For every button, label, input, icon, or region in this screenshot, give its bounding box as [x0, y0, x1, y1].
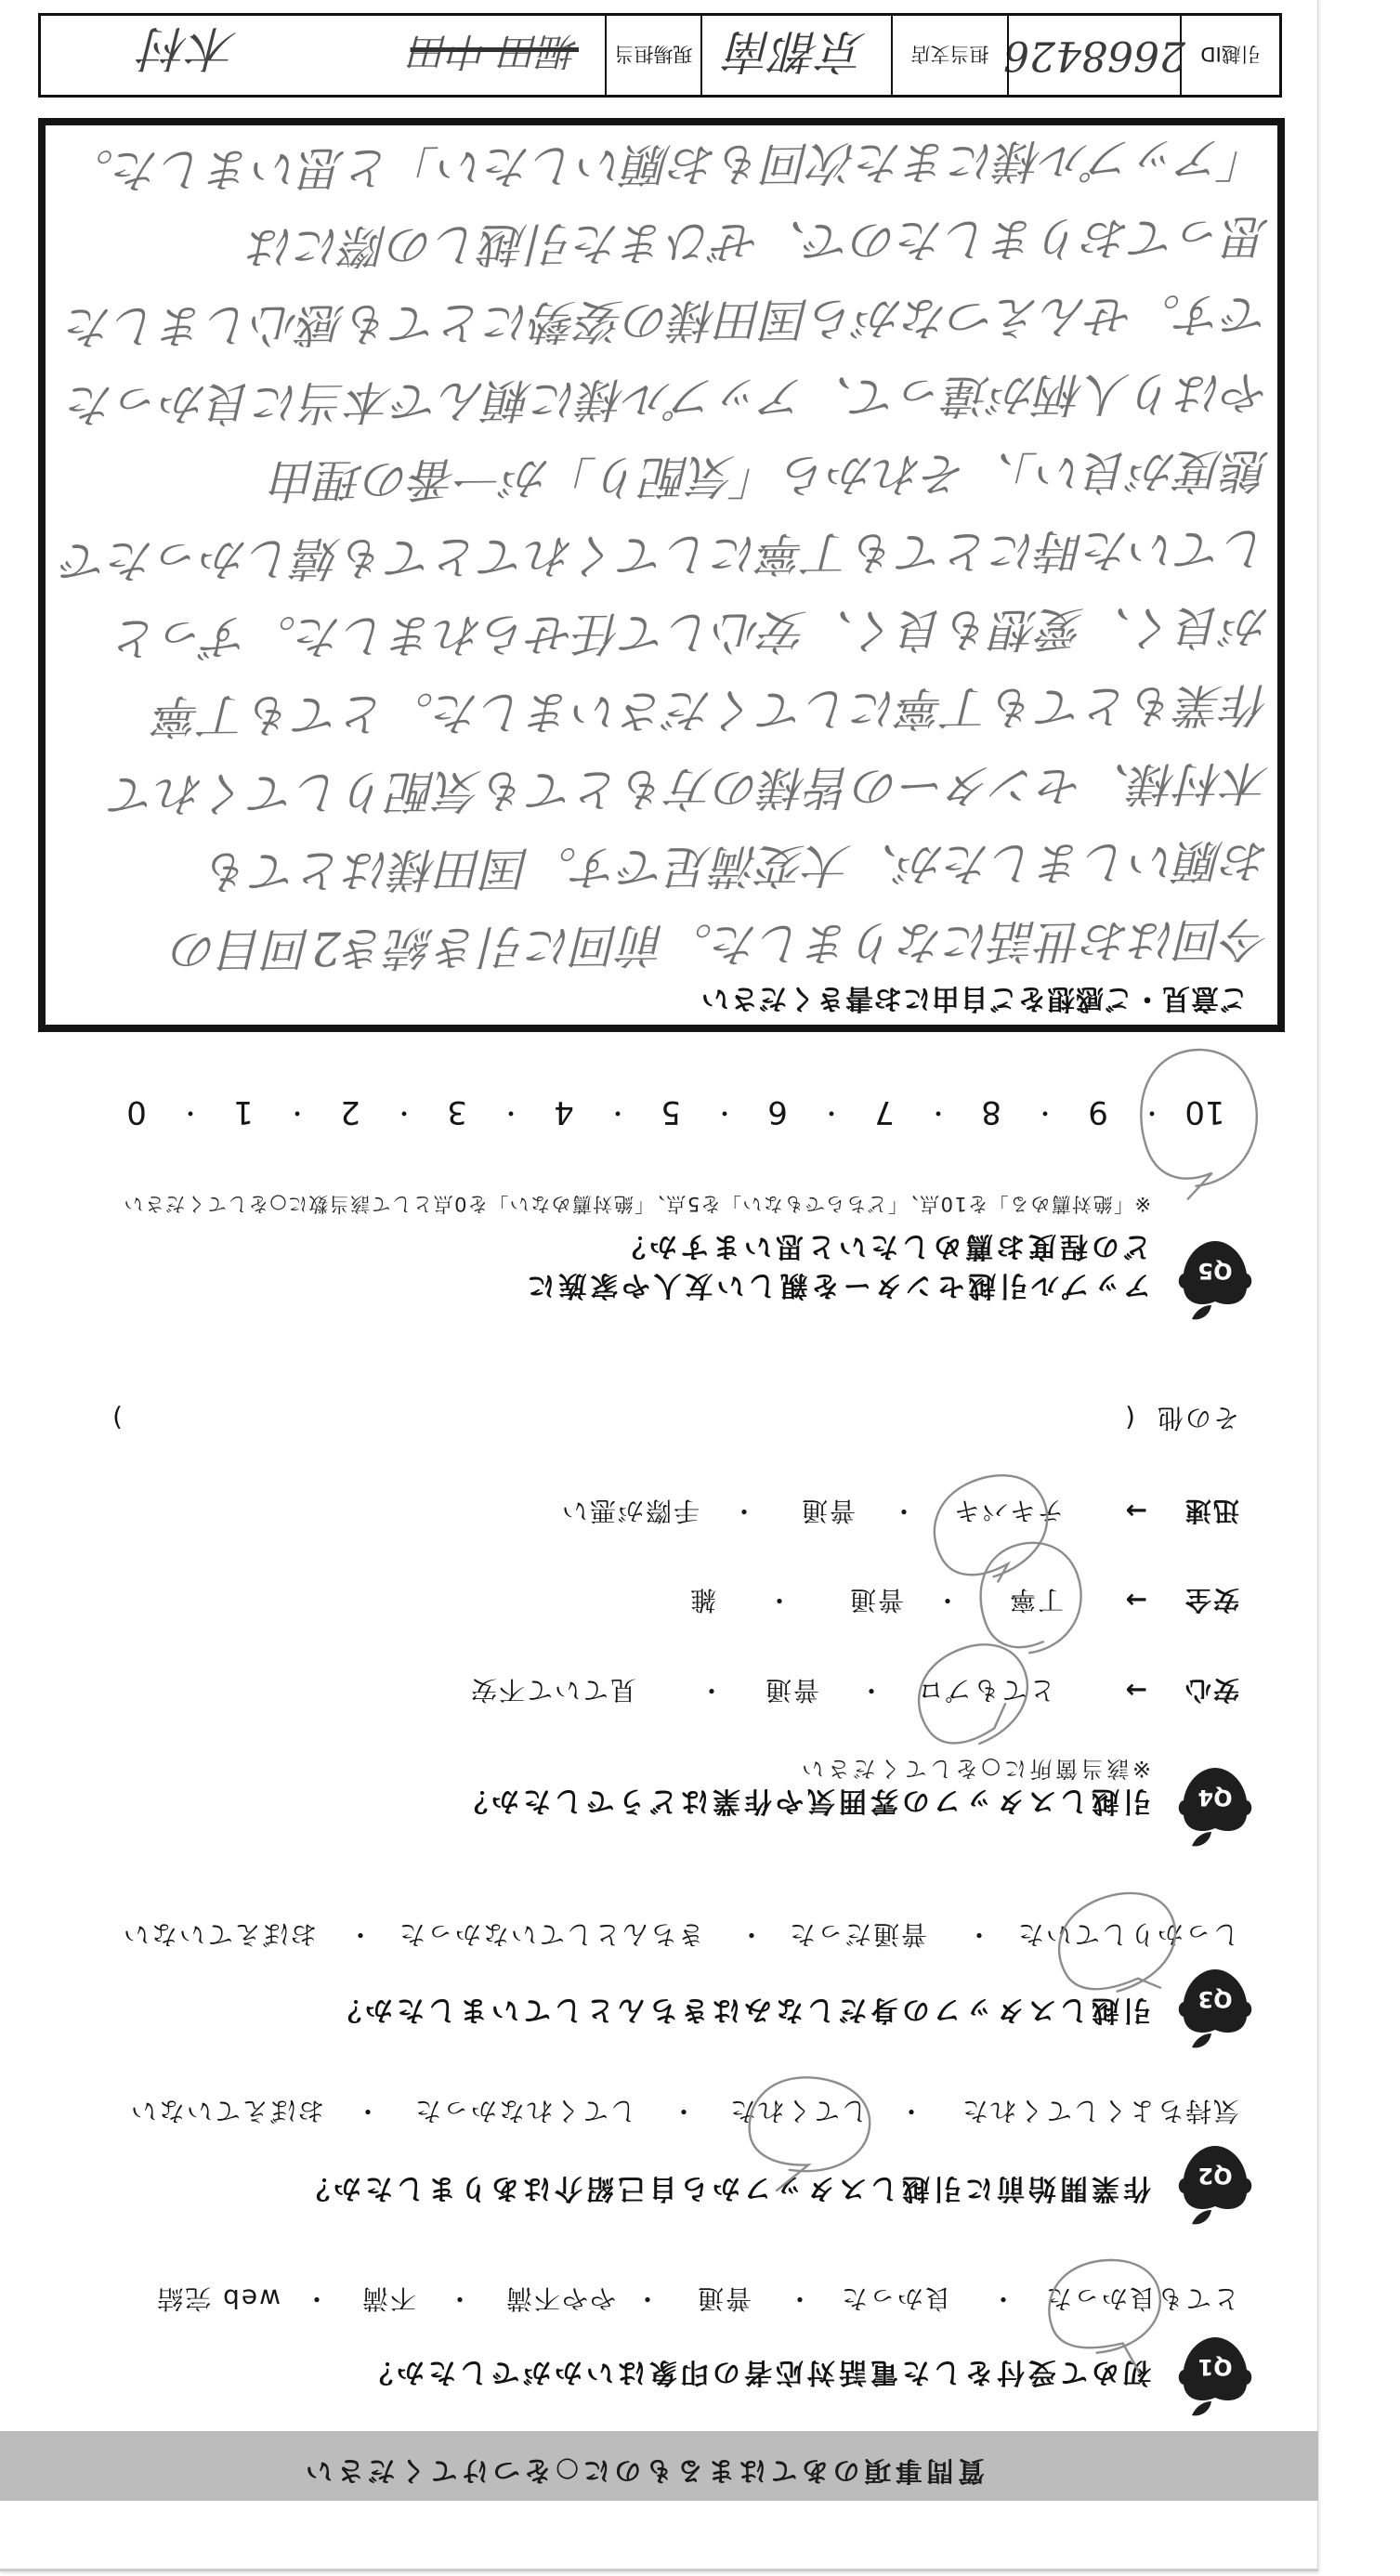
handwritten-comment-line: お願いしましたが、大変満足です。国田様はとても [53, 823, 1271, 910]
move-id-value: 2668426 [1003, 32, 1185, 79]
q1-option: 良かった [840, 2283, 951, 2313]
separator-dot: ・ [303, 2283, 331, 2313]
arrow-right-icon: → [1126, 1585, 1147, 1615]
q4-number: Q4 [1197, 1785, 1232, 1811]
q3-title: 引越しスタッフの身だしなみはきちんとしていましたか？ [330, 1994, 1151, 2025]
q4-category-anshin: 安心 [1184, 1675, 1239, 1705]
score-2: 2 [322, 1093, 378, 1131]
separator-dot: ・ [354, 2096, 382, 2125]
separator-dot: ・ [698, 1675, 726, 1705]
q3-option: きちんとしていなかった [398, 1919, 704, 1949]
staff-name: 木村 [141, 18, 238, 87]
q1-number: Q1 [1197, 2354, 1232, 2380]
separator-dot: ・ [965, 1919, 993, 1949]
q1-title: 初めて受付をした電話対応者の印象はいかがでしたか？ [361, 2356, 1151, 2387]
q3-option: 普通だった [788, 1919, 927, 1949]
score-7: 7 [857, 1093, 912, 1131]
score-9: 9 [1070, 1093, 1126, 1131]
q4-title: 引越しスタッフの雰囲気や作業はどうでしたか？ [456, 1785, 1151, 1816]
q4-option: 雑 [688, 1585, 716, 1615]
q4-note: ※該当箇所に○をしてください [799, 1756, 1151, 1782]
score-1: 1 [216, 1093, 271, 1131]
q3-option: おぼえていない [122, 1919, 317, 1949]
handwritten-comment-line: 態度が良い」、それから「気配り」が一番の理由 [53, 433, 1271, 520]
staff-name-cell: 堀田 中田 木村 [41, 16, 607, 95]
separator-dot: ・ [604, 1093, 632, 1131]
instruction-banner-text: 質問事項のあてはまるものに○をつけてください [301, 2455, 985, 2487]
separator-dot: ・ [924, 1093, 952, 1131]
scanned-survey-sheet: 質問事項のあてはまるものに○をつけてください Q1 初めて受付をした電話対応者の… [0, 0, 1400, 2576]
apple-q5-icon: Q5 [1175, 1240, 1255, 1322]
handwritten-comment-line: していた時にとても丁寧にしてくれてとても嬉しかったです。 [53, 511, 1271, 598]
q4-option: 手際が悪い [560, 1496, 700, 1525]
q4-other-close-paren: ) [111, 1403, 123, 1432]
q5-number: Q5 [1197, 1258, 1232, 1284]
handwritten-comment-line: やはり人柄が違って、アップル様に頼んで本当に良かった [53, 355, 1271, 442]
q3-number: Q3 [1197, 1986, 1232, 2012]
separator-dot: ・ [177, 1093, 204, 1131]
q4-category-jinsoku: 迅速 [1184, 1496, 1239, 1525]
separator-dot: ・ [738, 1919, 765, 1949]
q4-other-label: その他 [1156, 1403, 1239, 1432]
q2-number: Q2 [1197, 2163, 1232, 2189]
pen-circle-mark [739, 2068, 881, 2180]
score-3: 3 [429, 1093, 485, 1131]
score-5: 5 [643, 1093, 699, 1131]
handwritten-comment-line: 思っておりましたので、ぜひまた引越しの際には [53, 199, 1271, 286]
q1-option: 不満 [360, 2283, 416, 2313]
move-id-table: 引越ID 2668426 担当支店 京都南 現場担当 堀田 中田 木村 [38, 13, 1282, 98]
q4-option: 普通 [800, 1496, 856, 1525]
score-8: 8 [963, 1093, 1019, 1131]
handwritten-comment-line: 木村様、センターの皆様の方もとても気配りしてくれて [53, 745, 1271, 832]
apple-q3-icon: Q3 [1175, 1968, 1255, 2050]
separator-dot: ・ [818, 1093, 845, 1131]
move-id-label: 引越ID [1200, 42, 1260, 70]
staff-label-cell: 現場担当 [607, 16, 702, 95]
separator-dot: ・ [283, 1093, 311, 1131]
q1-option: やや不満 [504, 2283, 616, 2313]
score-6: 6 [750, 1093, 805, 1131]
apple-q1-icon: Q1 [1175, 2336, 1255, 2418]
q4-other-open-paren: ( [1123, 1403, 1135, 1432]
comments-label: ご意見・ご感想をご自由にお書きください [700, 981, 1248, 1014]
branch-value-cell: 京都南 [702, 16, 893, 95]
handwritten-comment-line: 今回はお世話になりました。前回に引き続き2回目の [53, 901, 1271, 988]
q4-option: 見ていて不安 [469, 1675, 636, 1705]
staff-label: 現場担当 [615, 42, 693, 70]
separator-dot: ・ [857, 1675, 885, 1705]
separator-dot: ・ [390, 1093, 418, 1131]
q2-option: おぼえていない [129, 2096, 324, 2125]
move-id-label-cell: 引越ID [1182, 16, 1279, 95]
q5-title-line-1: アップル引越センターを親しい友人や家族に [524, 1269, 1152, 1301]
score-4: 4 [536, 1093, 592, 1131]
q4-option: 普通 [848, 1585, 904, 1615]
separator-dot: ・ [347, 1919, 374, 1949]
separator-dot: ・ [670, 2096, 698, 2125]
q5-note: ※「絶対薦める」を10点、「どちらでもない」を5点、「絶対薦めない」を0点として… [123, 1192, 1151, 1216]
q1-option: 普通 [696, 2283, 752, 2313]
q2-title: 作業開始前に引越しスタッフから自己紹介はありましたか？ [298, 2172, 1151, 2203]
separator-dot: ・ [730, 1496, 758, 1525]
apple-q2-icon: Q2 [1175, 2145, 1255, 2227]
crossed-out-staff-name: 堀田 中田 [411, 26, 579, 82]
separator-dot: ・ [497, 1093, 525, 1131]
handwritten-comment-line: 「アップル様にまた次回もお願いしたい」と思いました。 [53, 121, 1271, 208]
q2-option: 気持ちよくしてくれた [961, 2096, 1239, 2125]
separator-dot: ・ [1031, 1093, 1059, 1131]
separator-dot: ・ [989, 2283, 1017, 2313]
separator-dot: ・ [711, 1093, 739, 1131]
q4-category-anzen: 安全 [1184, 1585, 1239, 1615]
apple-q4-icon: Q4 [1175, 1767, 1255, 1849]
handwritten-comment-line: です。せんえつながら国田様の姿勢にとても感心しました [53, 277, 1271, 364]
q2-option: してくれなかった [413, 2096, 636, 2125]
q4-option: 普通 [764, 1675, 819, 1705]
separator-dot: ・ [634, 2283, 661, 2313]
separator-dot: ・ [786, 2283, 814, 2313]
q1-option: web 完結 [155, 2283, 281, 2313]
score-0: 0 [109, 1093, 164, 1131]
pen-circle-mark [1124, 1035, 1275, 1197]
pen-circle-mark [1037, 2249, 1172, 2361]
q5-title-line-2: どの程度お薦めしたいと思いますか？ [614, 1230, 1151, 1262]
separator-dot: ・ [765, 1585, 793, 1615]
arrow-right-icon: → [1126, 1675, 1147, 1705]
branch-value: 京都南 [727, 22, 867, 89]
arrow-right-icon: → [1126, 1496, 1147, 1525]
separator-dot: ・ [446, 2283, 474, 2313]
separator-dot: ・ [897, 2096, 925, 2125]
branch-label: 担当支店 [911, 42, 989, 70]
handwritten-comment-line: 作業もとても丁寧にしてくださいました。とても丁寧 [53, 667, 1271, 754]
handwritten-comment-line: が良く、愛想も良く、安心して任せられました。ずっと [53, 589, 1271, 676]
move-id-value-cell: 2668426 [1009, 16, 1182, 95]
branch-label-cell: 担当支店 [893, 16, 1009, 95]
